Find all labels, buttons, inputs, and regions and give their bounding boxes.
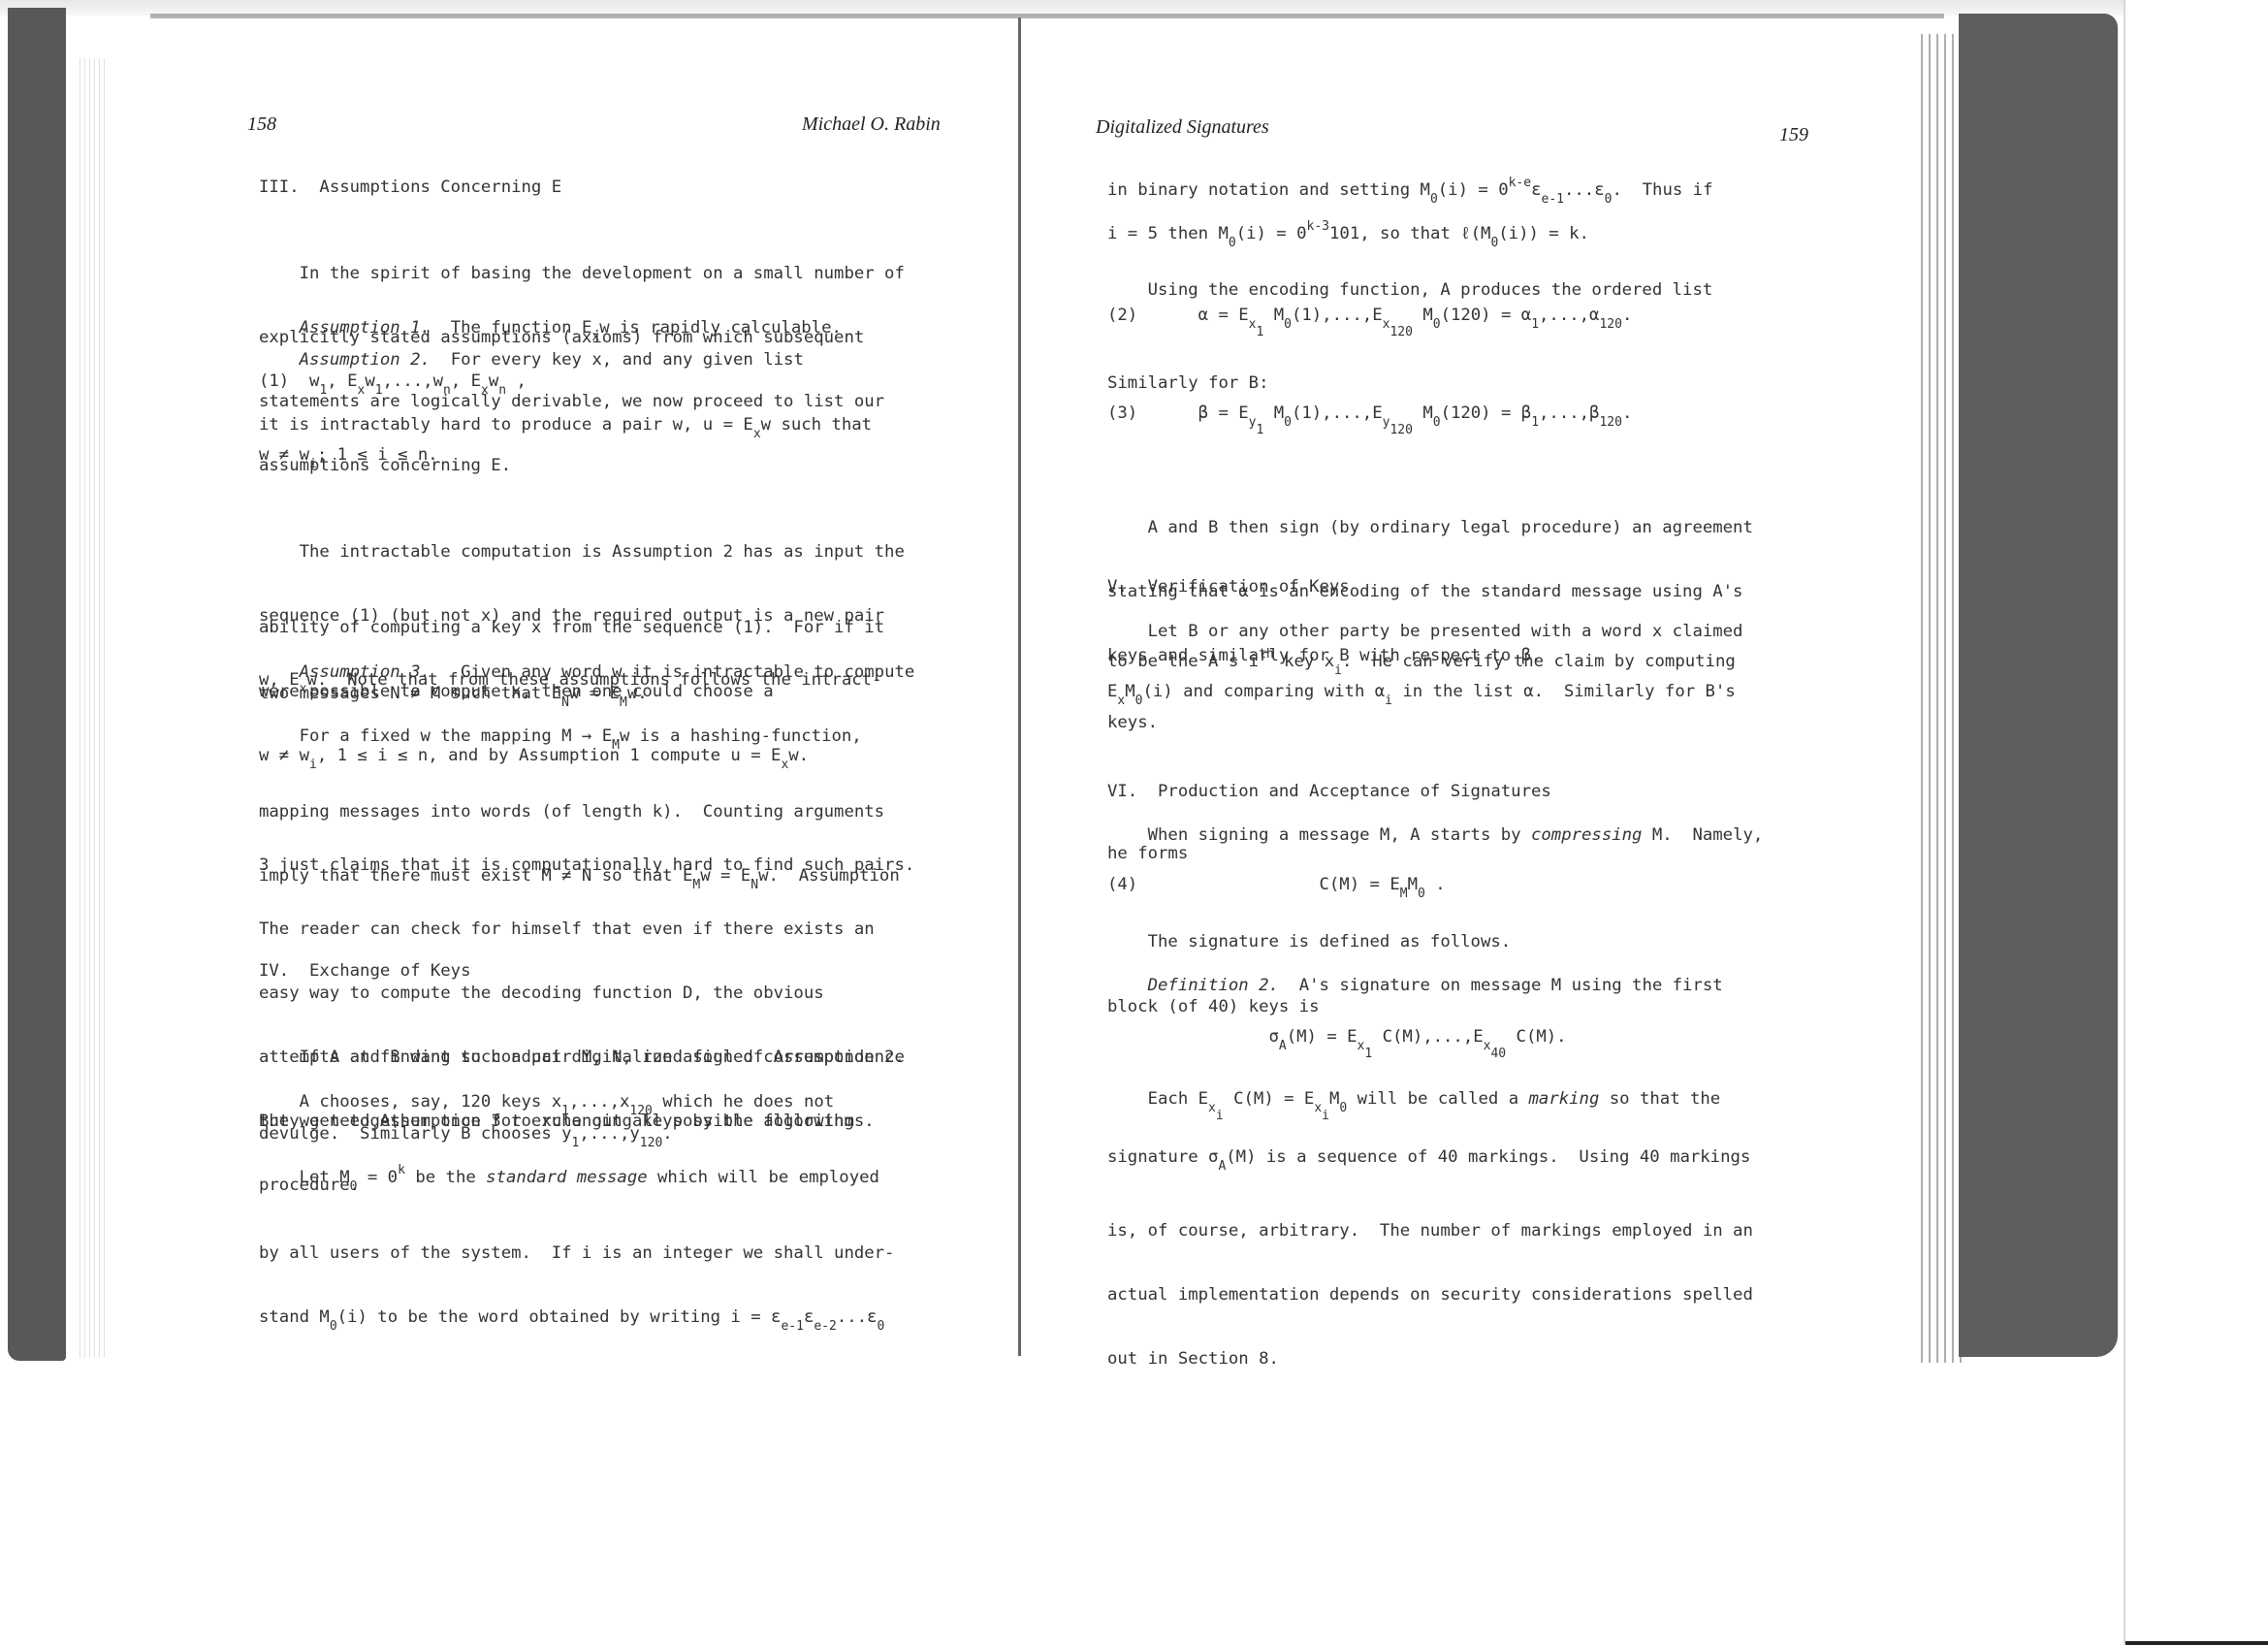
paragraph-verify-4: keys.: [1107, 712, 1158, 733]
paragraph-binary: in binary notation and setting M0(i) = 0…: [1107, 179, 1712, 201]
right-page-edges: [1915, 34, 1962, 1363]
scanner-edge: [2124, 0, 2125, 1645]
paragraph-final-cont: is, of course, arbitrary. The number of …: [1107, 1177, 1753, 1412]
paragraph-choose-keys-b: devulge. Similarly B chooses y1,...,y120…: [259, 1123, 673, 1145]
equation-4: (4) C(M) = EMM0 .: [1107, 874, 1446, 895]
paragraph-signing-2: he forms: [1107, 843, 1188, 864]
paragraph-verify: Let B or any other party be presented wi…: [1107, 621, 1742, 642]
section-heading-vi: VI. Production and Acceptance of Signatu…: [1107, 781, 1551, 802]
running-head: Digitalized Signatures: [1096, 116, 1269, 139]
page-top-rule: [150, 14, 1944, 18]
paragraph-marking: Each Exi C(M) = ExiM0 will be called a m…: [1107, 1088, 1720, 1116]
paragraph-final: signature σA(M) is a sequence of 40 mark…: [1107, 1146, 1750, 1168]
assumption-3-cont: two messages N ≠ M such that ENw = EMw.: [259, 683, 648, 704]
assumption-1: Assumption 1. The function Exw is rapidl…: [259, 317, 842, 339]
left-binding-shadow: [8, 8, 66, 1361]
assumption-2-condition: w ≠ wi; 1 ≤ i ≤ n.: [259, 444, 438, 466]
page-number: 158: [247, 113, 276, 136]
equation-1: (1) w1, Exw1,...,wn, Exwn ,: [259, 371, 527, 392]
page-number: 159: [1779, 124, 1808, 146]
similarly-for-b: Similarly for B:: [1107, 372, 1268, 394]
assumption-2: Assumption 2. For every key x, and any g…: [259, 349, 804, 371]
paragraph-hashing: For a fixed w the mapping M → EMw is a h…: [259, 726, 862, 747]
paragraph-signature-defined: The signature is defined as follows.: [1107, 931, 1511, 952]
definition-2-cont: block (of 40) keys is: [1107, 996, 1320, 1017]
scanner-bottom-bar: [2125, 1641, 2268, 1645]
paragraph-encoding: Using the encoding function, A produces …: [1107, 279, 1712, 301]
assumption-2-statement: it is intractably hard to produce a pair…: [259, 414, 872, 435]
left-page-edges: [76, 58, 105, 1358]
paragraph-standard-message-cont: by all users of the system. If i is an i…: [259, 1200, 894, 1371]
paragraph-standard-message: Let M0 = 0k be the standard message whic…: [259, 1167, 879, 1188]
equation-3: (3) β = Ey1 M0(1),...,Ey120 M0(120) = β1…: [1107, 403, 1632, 431]
paragraph-signing: When signing a message M, A starts by co…: [1107, 824, 1763, 846]
equation-2: (2) α = Ex1 M0(1),...,Ex120 M0(120) = α1…: [1107, 305, 1632, 333]
assumption-3: Assumption 3. Given any word w it is int…: [259, 661, 914, 683]
paragraph-verify-3: ExM0(i) and comparing with αi in the lis…: [1107, 681, 1736, 702]
section-heading-iv: IV. Exchange of Keys: [259, 960, 471, 982]
paragraph-binary-cont: i = 5 then M0(i) = 0k-3101, so that ℓ(M0…: [1107, 223, 1589, 244]
right-binding-shadow: [1959, 14, 2118, 1357]
paragraph-choose-keys: A chooses, say, 120 keys x1,...,x120 whi…: [259, 1091, 834, 1113]
running-head: Michael O. Rabin: [802, 113, 941, 136]
section-heading-iii: III. Assumptions Concerning E: [259, 177, 561, 198]
paragraph-verify-2: to be the A's ith key xi. He can verify …: [1107, 651, 1736, 672]
book-gutter: [1018, 17, 1021, 1356]
definition-2: Definition 2. A's signature on message M…: [1107, 975, 1723, 996]
section-heading-v: V. Verification of Keys: [1107, 576, 1350, 597]
signature-formula: σA(M) = Ex1 C(M),...,Ex40 C(M).: [1107, 1026, 1567, 1054]
